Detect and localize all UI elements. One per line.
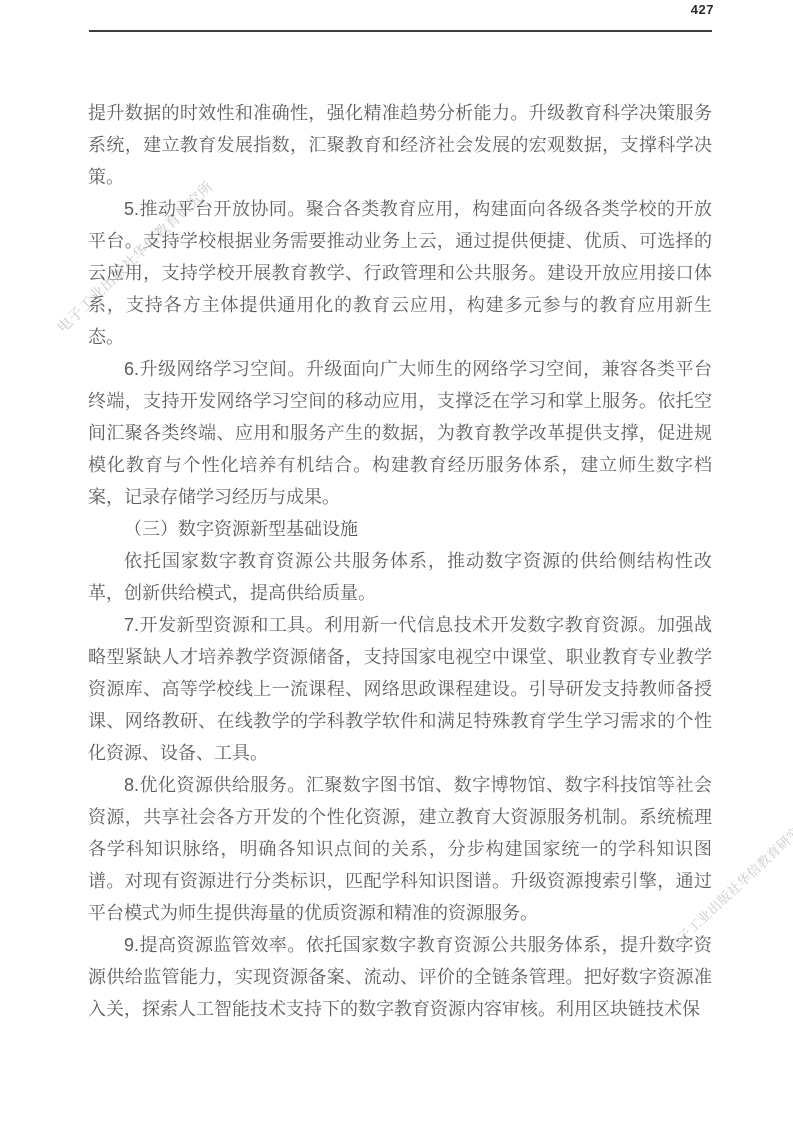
paragraph-line: 革，创新供给模式，提高供给质量。: [88, 577, 712, 609]
paragraph-line: 源供给监管能力，实现资源备案、流动、评价的全链条管理。把好数字资源准: [88, 961, 712, 993]
paragraph-line: 间汇聚各类终端、应用和服务产生的数据，为教育教学改革提供支撑，促进规: [88, 417, 712, 449]
paragraph-line: 5.推动平台开放协同。聚合各类教育应用，构建面向各级各类学校的开放: [88, 193, 712, 225]
paragraph-line: 略型紧缺人才培养教学资源储备，支持国家电视空中课堂、职业教育专业教学: [88, 641, 712, 673]
paragraph-line: 6.升级网络学习空间。升级面向广大师生的网络学习空间，兼容各类平台: [88, 353, 712, 385]
paragraph-line: 系统，建立教育发展指数，汇聚教育和经济社会发展的宏观数据，支撑科学决: [88, 129, 712, 161]
document-page: 427 电子工业出版社华信教育研究所 电子工业出版社华信教育研究所 提升数据的时…: [0, 0, 793, 1122]
paragraph-line: 资源，共享社会各方开发的个性化资源，建立教育大资源服务机制。系统梳理: [88, 801, 712, 833]
paragraph-line: 各学科知识脉络，明确各知识点间的关系，分步构建国家统一的学科知识图: [88, 833, 712, 865]
paragraph-line: 资源库、高等学校线上一流课程、网络思政课程建设。引导研发支持教师备授: [88, 673, 712, 705]
paragraph-line: 8.优化资源供给服务。汇聚数字图书馆、数字博物馆、数字科技馆等社会: [88, 769, 712, 801]
paragraph: 6.升级网络学习空间。升级面向广大师生的网络学习空间，兼容各类平台终端，支持开发…: [88, 353, 712, 513]
paragraph-line: 终端，支持开发网络学习空间的移动应用，支撑泛在学习和掌上服务。依托空: [88, 385, 712, 417]
paragraph-line: 案，记录存储学习经历与成果。: [88, 481, 712, 513]
paragraph: 提升数据的时效性和准确性，强化精准趋势分析能力。升级教育科学决策服务系统，建立教…: [88, 97, 712, 193]
paragraph-line: 系，支持各方主体提供通用化的教育云应用，构建多元参与的教育应用新生: [88, 289, 712, 321]
paragraph-line: 依托国家数字教育资源公共服务体系，推动数字资源的供给侧结构性改: [88, 545, 712, 577]
paragraph: 5.推动平台开放协同。聚合各类教育应用，构建面向各级各类学校的开放平台。支持学校…: [88, 193, 712, 353]
paragraph-line: 提升数据的时效性和准确性，强化精准趋势分析能力。升级教育科学决策服务: [88, 97, 712, 129]
paragraph-line: 态。: [88, 321, 712, 353]
header-rule: [89, 30, 712, 32]
paragraph: 依托国家数字教育资源公共服务体系，推动数字资源的供给侧结构性改革，创新供给模式，…: [88, 545, 712, 609]
paragraph-line: （三）数字资源新型基础设施: [88, 513, 712, 545]
paragraph-line: 入关，探索人工智能技术支持下的数字教育资源内容审核。利用区块链技术保: [88, 993, 712, 1025]
page-number: 427: [690, 2, 714, 17]
paragraph-line: 课、网络教研、在线教学的学科教学软件和满足特殊教育学生学习需求的个性: [88, 705, 712, 737]
paragraph-line: 平台。支持学校根据业务需要推动业务上云，通过提供便捷、优质、可选择的: [88, 225, 712, 257]
paragraph-line: 平台模式为师生提供海量的优质资源和精准的资源服务。: [88, 897, 712, 929]
paragraph-line: 7.开发新型资源和工具。利用新一代信息技术开发数字教育资源。加强战: [88, 609, 712, 641]
paragraph-line: 谱。对现有资源进行分类标识，匹配学科知识图谱。升级资源搜索引擎，通过: [88, 865, 712, 897]
paragraph-line: 模化教育与个性化培养有机结合。构建教育经历服务体系，建立师生数字档: [88, 449, 712, 481]
paragraph: 7.开发新型资源和工具。利用新一代信息技术开发数字教育资源。加强战略型紧缺人才培…: [88, 609, 712, 769]
paragraph-line: 9.提高资源监管效率。依托国家数字教育资源公共服务体系，提升数字资: [88, 929, 712, 961]
paragraph: 8.优化资源供给服务。汇聚数字图书馆、数字博物馆、数字科技馆等社会资源，共享社会…: [88, 769, 712, 929]
document-body: 提升数据的时效性和准确性，强化精准趋势分析能力。升级教育科学决策服务系统，建立教…: [88, 97, 712, 1025]
paragraph-line: 云应用，支持学校开展教育教学、行政管理和公共服务。建设开放应用接口体: [88, 257, 712, 289]
section-heading: （三）数字资源新型基础设施: [88, 513, 712, 545]
paragraph-line: 策。: [88, 161, 712, 193]
paragraph: 9.提高资源监管效率。依托国家数字教育资源公共服务体系，提升数字资源供给监管能力…: [88, 929, 712, 1025]
paragraph-line: 化资源、设备、工具。: [88, 737, 712, 769]
